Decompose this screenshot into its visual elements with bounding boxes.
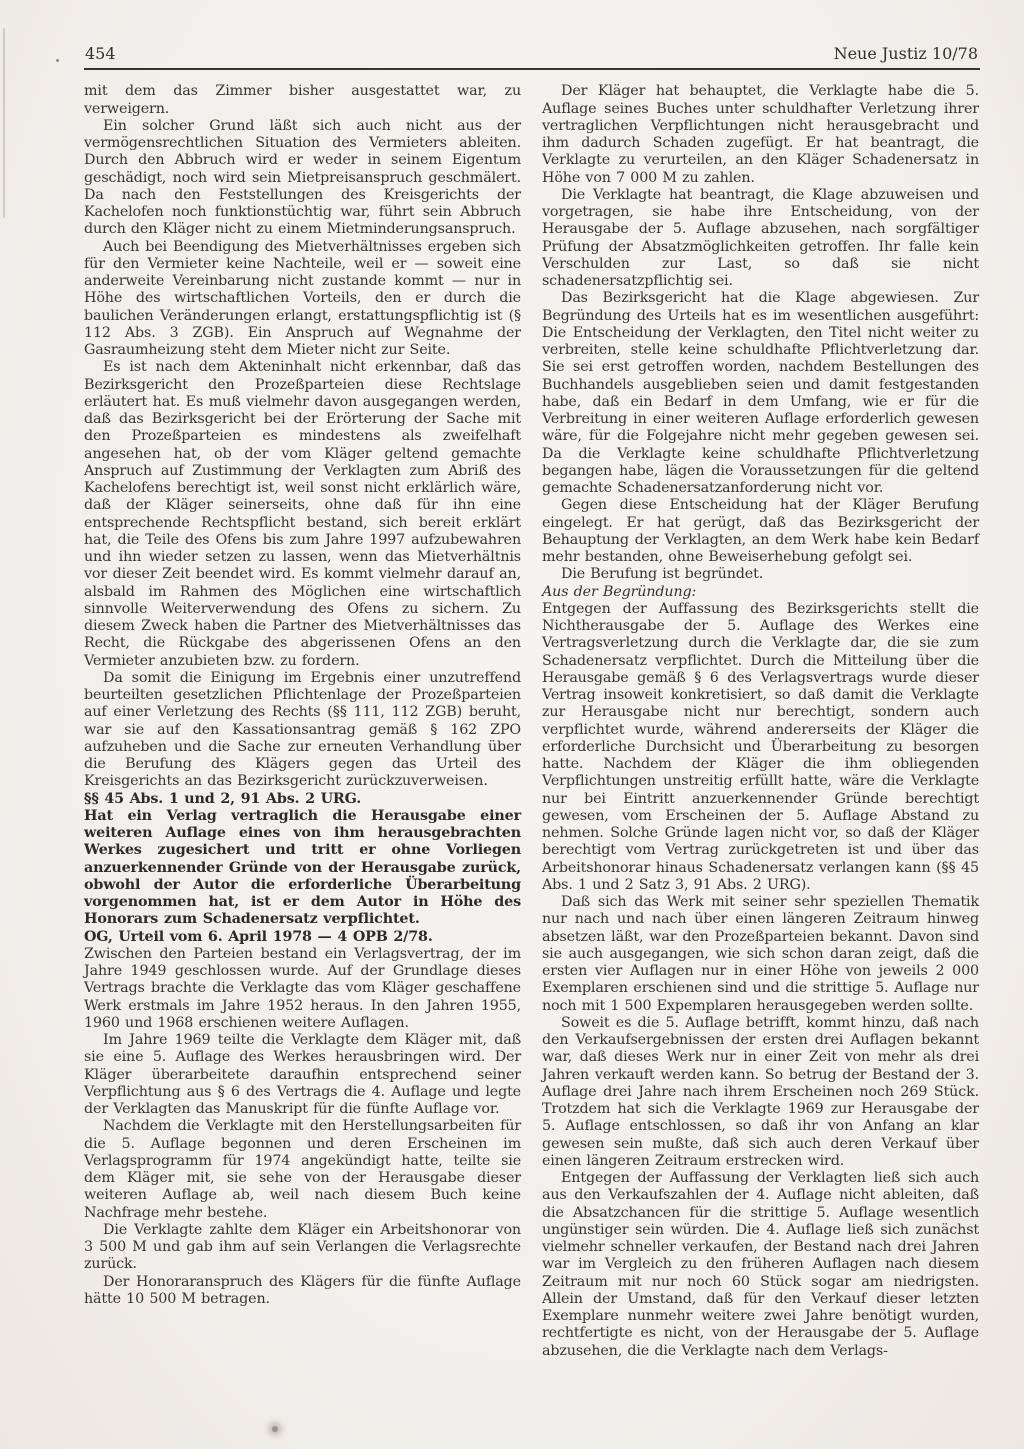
body-paragraph: Das Bezirksgericht hat die Klage abgewie… <box>542 290 979 497</box>
body-paragraph: Soweit es die 5. Auflage betrifft, kommt… <box>542 1015 979 1170</box>
body-paragraph: Im Jahre 1969 teilte die Verklagte dem K… <box>84 1032 521 1118</box>
page-content: 454 Neue Justiz 10/78 mit dem das Zimmer… <box>84 44 980 1360</box>
page-number: 454 <box>85 44 116 63</box>
body-paragraph: Da somit die Einigung im Ergebnis einer … <box>84 670 521 791</box>
body-paragraph: Zwischen den Parteien bestand ein Verlag… <box>84 946 521 1032</box>
body-paragraph: Entgegen der Auffassung des Bezirksgeric… <box>542 601 979 894</box>
header-rule <box>84 68 980 70</box>
two-column-body: mit dem das Zimmer bisher ausgestattet w… <box>84 83 980 1360</box>
scan-artifact-smudge <box>272 1426 278 1432</box>
body-paragraph: Die Verklagte zahlte dem Kläger ein Arbe… <box>84 1222 521 1274</box>
body-paragraph: Der Honoraranspruch des Klägers für die … <box>84 1274 521 1309</box>
body-paragraph: mit dem das Zimmer bisher ausgestattet w… <box>84 83 521 118</box>
scan-artifact-speck <box>56 59 59 62</box>
body-paragraph: Ein solcher Grund läßt sich auch nicht a… <box>84 118 521 239</box>
body-paragraph: Gegen diese Entscheidung hat der Kläger … <box>542 497 979 566</box>
reasoning-heading: Aus der Begründung: <box>542 584 979 601</box>
right-column: Der Kläger hat behauptet, die Verklagte … <box>542 83 979 1360</box>
body-paragraph: Es ist nach dem Akteninhalt nicht erkenn… <box>84 359 521 670</box>
body-paragraph: Der Kläger hat behauptet, die Verklagte … <box>542 83 979 187</box>
body-paragraph: Nachdem die Verklagte mit den Herstellun… <box>84 1118 521 1222</box>
body-paragraph: Auch bei Beendigung des Mietverhältnisse… <box>84 239 521 360</box>
body-paragraph: Die Verklagte hat beantragt, die Klage a… <box>542 187 979 291</box>
page-header: 454 Neue Justiz 10/78 <box>84 44 980 63</box>
headnote: Hat ein Verlag vertraglich die Herausgab… <box>84 808 521 929</box>
body-paragraph: Daß sich das Werk mit seiner sehr spezie… <box>542 894 979 1015</box>
left-column: mit dem das Zimmer bisher ausgestattet w… <box>84 83 521 1360</box>
case-citation: OG, Urteil vom 6. April 1978 — 4 OPB 2/7… <box>84 929 521 946</box>
scan-artifact-page-edge <box>3 28 5 218</box>
body-paragraph: Entgegen der Auffassung der Verklagten l… <box>542 1170 979 1360</box>
journal-title: Neue Justiz 10/78 <box>834 44 978 63</box>
journal-page: 454 Neue Justiz 10/78 mit dem das Zimmer… <box>0 0 1024 1449</box>
statute-heading: §§ 45 Abs. 1 und 2, 91 Abs. 2 URG. <box>84 791 521 808</box>
body-paragraph: Die Berufung ist begründet. <box>542 566 979 583</box>
